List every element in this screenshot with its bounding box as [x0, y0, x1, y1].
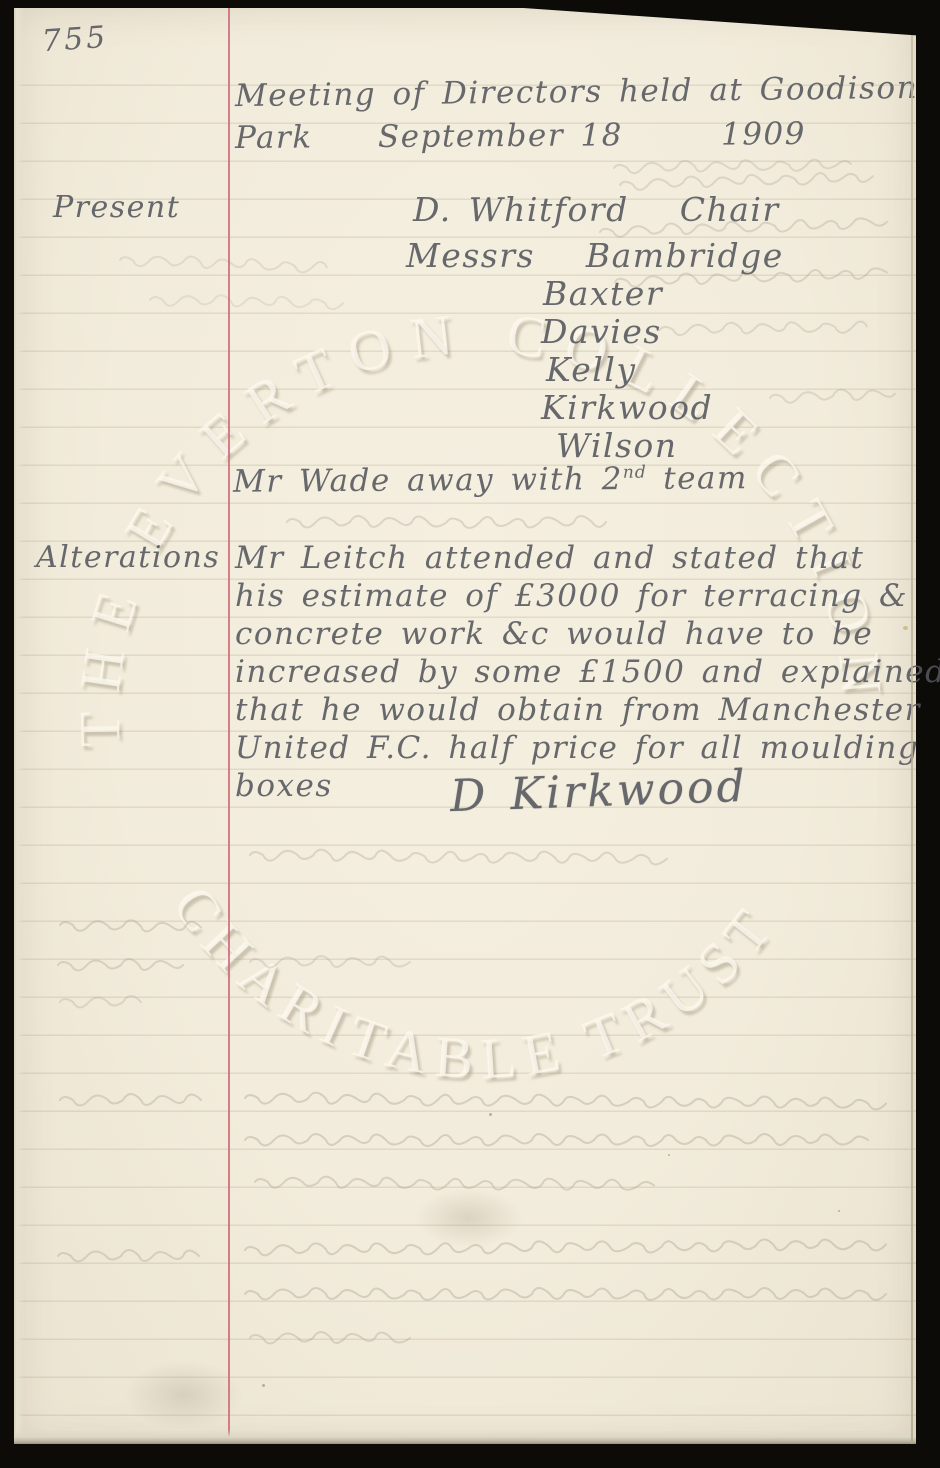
paper-smudge [124, 1360, 244, 1430]
wade-note-text: Mr Wade away with 2 [233, 461, 623, 500]
alterations-line: his estimate of £3000 for terracing & [235, 578, 908, 614]
paper-speck [262, 1384, 265, 1387]
wade-note-tail: team [647, 460, 748, 497]
attendee-messrs: Messrs Bambridge [406, 236, 784, 275]
attendee-name: Davies [541, 312, 662, 351]
scan-backdrop: { "page_number": "755", "heading": { "li… [0, 0, 940, 1468]
present-label: Present [53, 190, 180, 225]
wade-note: Mr Wade away with 2nd team [233, 460, 748, 500]
minute-book-page: THE EVERTON COLLECTION CHARITABLE TRUST … [14, 8, 916, 1444]
wade-superscript: nd [623, 463, 647, 483]
alterations-label: Alterations [36, 540, 220, 575]
alterations-line: increased by some £1500 and explained [235, 654, 940, 690]
paper-smudge [414, 1188, 524, 1248]
alterations-line: Mr Leitch attended and stated that [235, 540, 864, 576]
alterations-line: United F.C. half price for all moulding [235, 730, 919, 766]
attendee-name: Kirkwood [541, 388, 713, 427]
paper-stain [903, 626, 908, 630]
page-crease-right [911, 8, 913, 1444]
alterations-line: concrete work &c would have to be [235, 616, 873, 652]
alterations-line: boxes [235, 768, 333, 804]
attendee-name: Kelly [546, 350, 637, 389]
attendee-chairman: D. Whitford Chair [413, 190, 780, 229]
attendee-name: Wilson [556, 426, 678, 465]
page-stack-edge-left [14, 8, 24, 1444]
page-stack-edge-bottom [14, 1430, 916, 1444]
margin-rule-line [228, 8, 230, 1444]
alterations-line: that he would obtain from Manchester [235, 692, 921, 728]
signature-kirkwood: D Kirkwood [449, 761, 748, 822]
page-number: 755 [41, 20, 110, 60]
paper-speck [838, 1210, 840, 1212]
heading-line-2: Park September 18 1909 [235, 116, 806, 156]
paper-speck [489, 1113, 492, 1116]
attendee-name: Baxter [543, 274, 663, 313]
paper-speck [668, 1154, 670, 1156]
